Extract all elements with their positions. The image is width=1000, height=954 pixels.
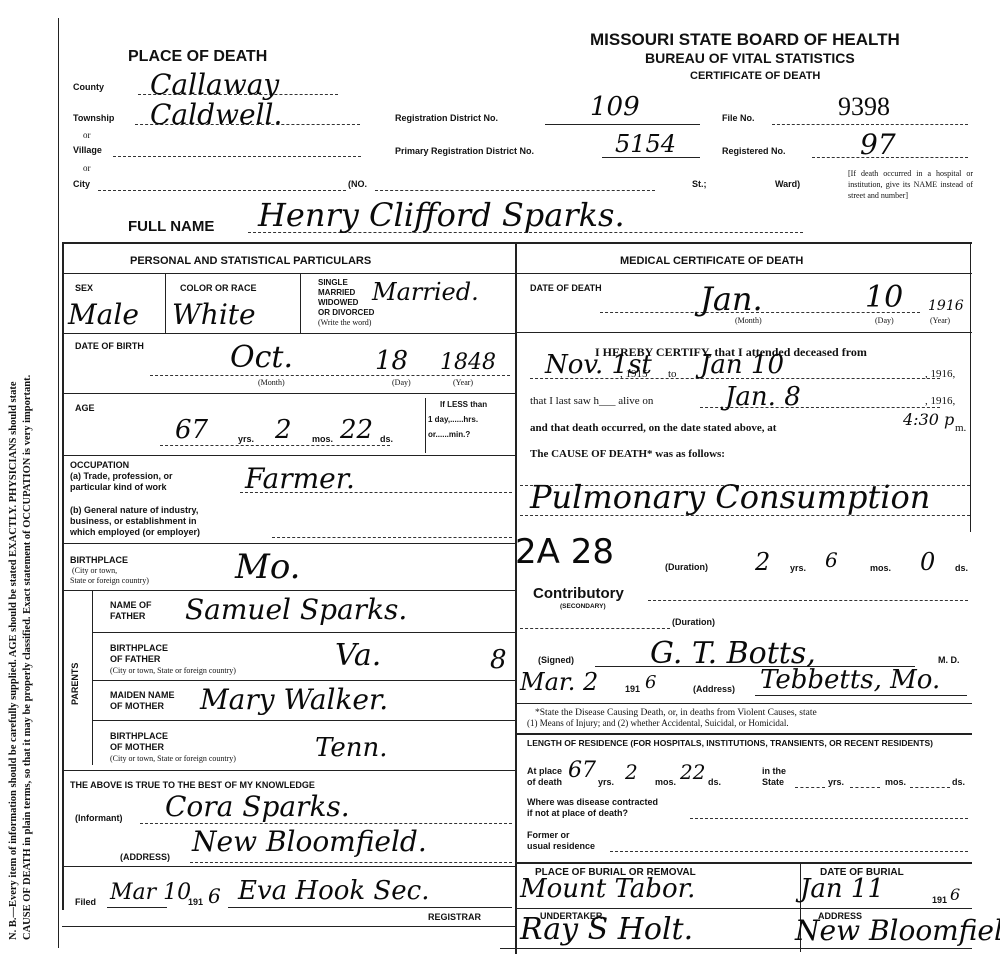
race-label: COLOR OR RACE: [180, 283, 257, 293]
less-than-hours: 1 day,......hrs.: [428, 415, 478, 424]
registered-number-value: 97: [860, 128, 896, 161]
race-value: White: [172, 298, 256, 331]
full-name-label: FULL NAME: [128, 218, 214, 235]
dod-day-caption: (Day): [875, 316, 894, 325]
contracted-field[interactable]: [690, 818, 968, 819]
medical-section-heading: MEDICAL CERTIFICATE OF DEATH: [620, 255, 803, 267]
secondary-label: (SECONDARY): [560, 603, 606, 610]
dob-label: DATE OF BIRTH: [75, 341, 144, 351]
age-months: 2: [275, 415, 292, 445]
in-state-label-2: State: [762, 777, 784, 787]
duration-years-unit: yrs.: [790, 563, 806, 573]
father-name-label-1: NAME OF: [110, 600, 152, 610]
informant-label: (Informant): [75, 813, 123, 823]
filed-year-prefix: 191: [188, 897, 203, 907]
column-divider: [515, 242, 517, 954]
marital-status-value: Married.: [372, 278, 479, 306]
place-of-death-heading: PLACE OF DEATH: [128, 48, 267, 66]
filed-date-value: Mar 10: [110, 880, 191, 905]
birthplace-label: BIRTHPLACE: [70, 555, 128, 565]
filed-year-suffix: 6: [208, 884, 221, 908]
age-years: 67: [175, 415, 208, 445]
signed-date-value: Mar. 2: [520, 668, 598, 696]
last-saw-year: , 1916,: [925, 395, 955, 407]
attended-to-label: to: [668, 368, 677, 380]
mother-name-label-1: MAIDEN NAME: [110, 690, 175, 700]
occupation-b-label-2: business, or establishment in: [70, 516, 197, 526]
registrar-signature: Eva Hook Sec.: [238, 876, 429, 906]
father-birthplace-value: Va.: [335, 638, 381, 673]
occupation-a-label-1: (a) Trade, profession, or: [70, 471, 173, 481]
occupation-trade-value: Farmer.: [245, 462, 355, 495]
bureau-title: BUREAU OF VITAL STATISTICS: [645, 50, 855, 66]
less-than-label: If LESS than: [440, 400, 487, 409]
burial-year-prefix: 191: [932, 895, 947, 905]
dob-day-caption: (Day): [392, 378, 411, 387]
contributory-field[interactable]: [648, 600, 968, 601]
contributory-label: Contributory: [533, 585, 624, 602]
age-months-unit: mos.: [312, 434, 333, 444]
time-of-death-value: 4:30 p: [903, 410, 954, 429]
birthplace-value: Mo.: [235, 547, 301, 587]
burial-place-value: Mount Tabor.: [520, 874, 695, 904]
father-name-label-2: FATHER: [110, 611, 145, 621]
in-state-label-1: in the: [762, 766, 786, 776]
md-label: M. D.: [938, 655, 960, 665]
signed-year-prefix: 191: [625, 684, 640, 694]
registration-district-value: 109: [590, 92, 640, 122]
former-residence-label-2: usual residence: [527, 841, 595, 851]
occupation-b-label-1: (b) General nature of industry,: [70, 505, 198, 515]
duration-days-unit: ds.: [955, 563, 968, 573]
primary-district-label: Primary Registration District No.: [395, 146, 534, 156]
undertaker-value: Ray S Holt.: [520, 912, 693, 947]
residence-place-years: 67: [568, 758, 596, 783]
occupation-label: OCCUPATION: [70, 460, 129, 470]
mother-birthplace-value: Tenn.: [315, 733, 387, 763]
burial-year-suffix: 6: [950, 885, 960, 904]
age-days: 22: [340, 415, 373, 445]
signed-year-suffix: 6: [645, 672, 656, 693]
mother-name-value: Mary Walker.: [200, 683, 388, 716]
contracted-label-1: Where was disease contracted: [527, 797, 658, 807]
duration-months: 6: [825, 548, 838, 572]
duration2-label: (Duration): [672, 617, 715, 627]
residence-place-months: 2: [625, 760, 638, 784]
attended-from-year: , 1915: [620, 368, 648, 380]
signed-label: (Signed): [538, 655, 574, 665]
burial-date-value: Jan 11: [800, 874, 884, 904]
father-name-value: Samuel Sparks.: [185, 593, 407, 626]
father-birthplace-label-1: BIRTHPLACE: [110, 643, 168, 653]
margin-rule: [58, 18, 59, 948]
marital-label-divorced: OR DIVORCED: [318, 308, 374, 317]
instruction-line-1: N. B.—Every item of information should b…: [8, 381, 19, 940]
primary-district-value: 5154: [615, 130, 676, 158]
registration-district-label: Registration District No.: [395, 113, 498, 123]
duration-label: (Duration): [665, 562, 708, 572]
registered-number-label: Registered No.: [722, 146, 786, 156]
registrar-label: REGISTRAR: [428, 912, 481, 922]
informant-statement: THE ABOVE IS TRUE TO THE BEST OF MY KNOW…: [70, 780, 315, 790]
filed-label: Filed: [75, 897, 96, 907]
duration-years: 2: [755, 548, 770, 576]
marital-label-single: SINGLE: [318, 278, 348, 287]
dob-month: Oct.: [230, 340, 293, 375]
dob-year-caption: (Year): [453, 378, 473, 387]
agency-title: MISSOURI STATE BOARD OF HEALTH: [590, 30, 900, 50]
age-years-unit: yrs.: [238, 434, 254, 444]
cause-of-death-value: Pulmonary Consumption: [530, 478, 930, 516]
last-saw-statement: that I last saw h___ alive on: [530, 395, 653, 407]
file-number-label: File No.: [722, 113, 755, 123]
physician-address-label: (Address): [693, 684, 735, 694]
at-place-label-2: of death: [527, 777, 562, 787]
in-state-years-unit: yrs.: [828, 777, 844, 787]
duration-months-unit: mos.: [870, 563, 891, 573]
at-place-label-1: At place: [527, 766, 562, 776]
or-label-2: or: [83, 163, 91, 173]
personal-section-heading: PERSONAL AND STATISTICAL PARTICULARS: [130, 255, 371, 267]
street-label: St.;: [692, 179, 707, 189]
residence-place-days-unit: ds.: [708, 777, 721, 787]
dob-year: 1848: [440, 350, 496, 375]
dob-day: 18: [375, 346, 408, 376]
or-label-1: or: [83, 130, 91, 140]
hospital-note: [If death occurred in a hospital or inst…: [848, 168, 973, 201]
cause-intro: The CAUSE OF DEATH* was as follows:: [530, 448, 725, 460]
county-label: County: [73, 82, 104, 92]
mother-birthplace-label-1: BIRTHPLACE: [110, 731, 168, 741]
former-residence-label-1: Former or: [527, 830, 570, 840]
mother-name-label-2: OF MOTHER: [110, 701, 164, 711]
township-value: Caldwell.: [150, 98, 282, 131]
informant-address-value: New Bloomfield.: [192, 825, 427, 858]
time-of-death-suffix: m.: [955, 422, 966, 434]
date-of-death-year: 1916: [928, 298, 964, 314]
instruction-line-2: CAUSE OF DEATH in plain terms, so that i…: [22, 375, 33, 940]
mother-birthplace-label-3: (City or town, State or foreign country): [110, 754, 236, 763]
dod-year-caption: (Year): [930, 316, 950, 325]
less-than-minutes: or......min.?: [428, 430, 470, 439]
dob-month-caption: (Month): [258, 378, 285, 387]
physician-address-value: Tebbetts, Mo.: [760, 665, 940, 695]
instruction-sidebar: N. B.—Every item of information should b…: [2, 0, 52, 954]
age-days-unit: ds.: [380, 434, 393, 444]
village-label: Village: [73, 145, 102, 155]
marital-label-married: MARRIED: [318, 288, 355, 297]
age-label: AGE: [75, 403, 95, 413]
father-birthplace-label-2: OF FATHER: [110, 654, 160, 664]
in-state-days-unit: ds.: [952, 777, 965, 787]
date-of-death-month: Jan.: [700, 280, 763, 318]
mother-birthplace-label-2: OF MOTHER: [110, 742, 164, 752]
residence-place-months-unit: mos.: [655, 777, 676, 787]
undertaker-address-value: New Bloomfield: [795, 914, 1000, 947]
industry-field[interactable]: [272, 537, 512, 538]
parents-label: PARENTS: [70, 663, 80, 705]
former-residence-field[interactable]: [610, 851, 968, 852]
dod-month-caption: (Month): [735, 316, 762, 325]
form-title: CERTIFICATE OF DEATH: [690, 70, 820, 82]
informant-address-label: (ADDRESS): [120, 852, 170, 862]
contracted-label-2: if not at place of death?: [527, 808, 628, 818]
birthplace-sub-1: (City or town,: [72, 566, 117, 575]
marital-label-widowed: WIDOWED: [318, 298, 358, 307]
attended-to-value: Jan 10: [700, 350, 784, 380]
city-field[interactable]: [98, 190, 346, 191]
margin-mark: 8: [490, 645, 507, 675]
in-state-months-unit: mos.: [885, 777, 906, 787]
ward-label: Ward): [775, 179, 800, 189]
footnote-line-2: (1) Means of Injury; and (2) whether Acc…: [527, 718, 789, 728]
duration-days: 0: [920, 548, 935, 576]
informant-name-value: Cora Sparks.: [165, 790, 350, 823]
residence-place-days: 22: [680, 760, 705, 784]
father-birthplace-label-3: (City or town, State or foreign country): [110, 666, 236, 675]
number-label: (NO.: [348, 179, 367, 189]
cause-code-stamp: 2A 28: [515, 532, 614, 572]
residence-heading: LENGTH OF RESIDENCE (FOR HOSPITALS, INST…: [527, 738, 967, 749]
occupation-b-label-3: which employed (or employer): [70, 527, 200, 537]
county-value: Callaway: [150, 68, 279, 101]
birthplace-sub-2: State or foreign country): [70, 576, 149, 585]
file-number-value: 9398: [838, 92, 890, 122]
time-of-death-statement: and that death occurred, on the date sta…: [530, 422, 776, 434]
last-saw-value: Jan. 8: [725, 382, 801, 412]
township-label: Township: [73, 113, 114, 123]
sex-value: Male: [68, 298, 139, 331]
village-field[interactable]: [113, 156, 361, 157]
full-name-value: Henry Clifford Sparks.: [258, 196, 625, 234]
city-label: City: [73, 179, 90, 189]
residence-place-years-unit: yrs.: [598, 777, 614, 787]
attended-to-year: , 1916,: [925, 368, 955, 380]
sex-label: SEX: [75, 283, 93, 293]
date-of-death-day: 10: [865, 280, 903, 315]
footnote-line-1: *State the Disease Causing Death, or, in…: [535, 708, 817, 718]
marital-write-hint: (Write the word): [318, 318, 371, 327]
date-of-death-label: DATE OF DEATH: [530, 283, 602, 293]
occupation-a-label-2: particular kind of work: [70, 482, 167, 492]
